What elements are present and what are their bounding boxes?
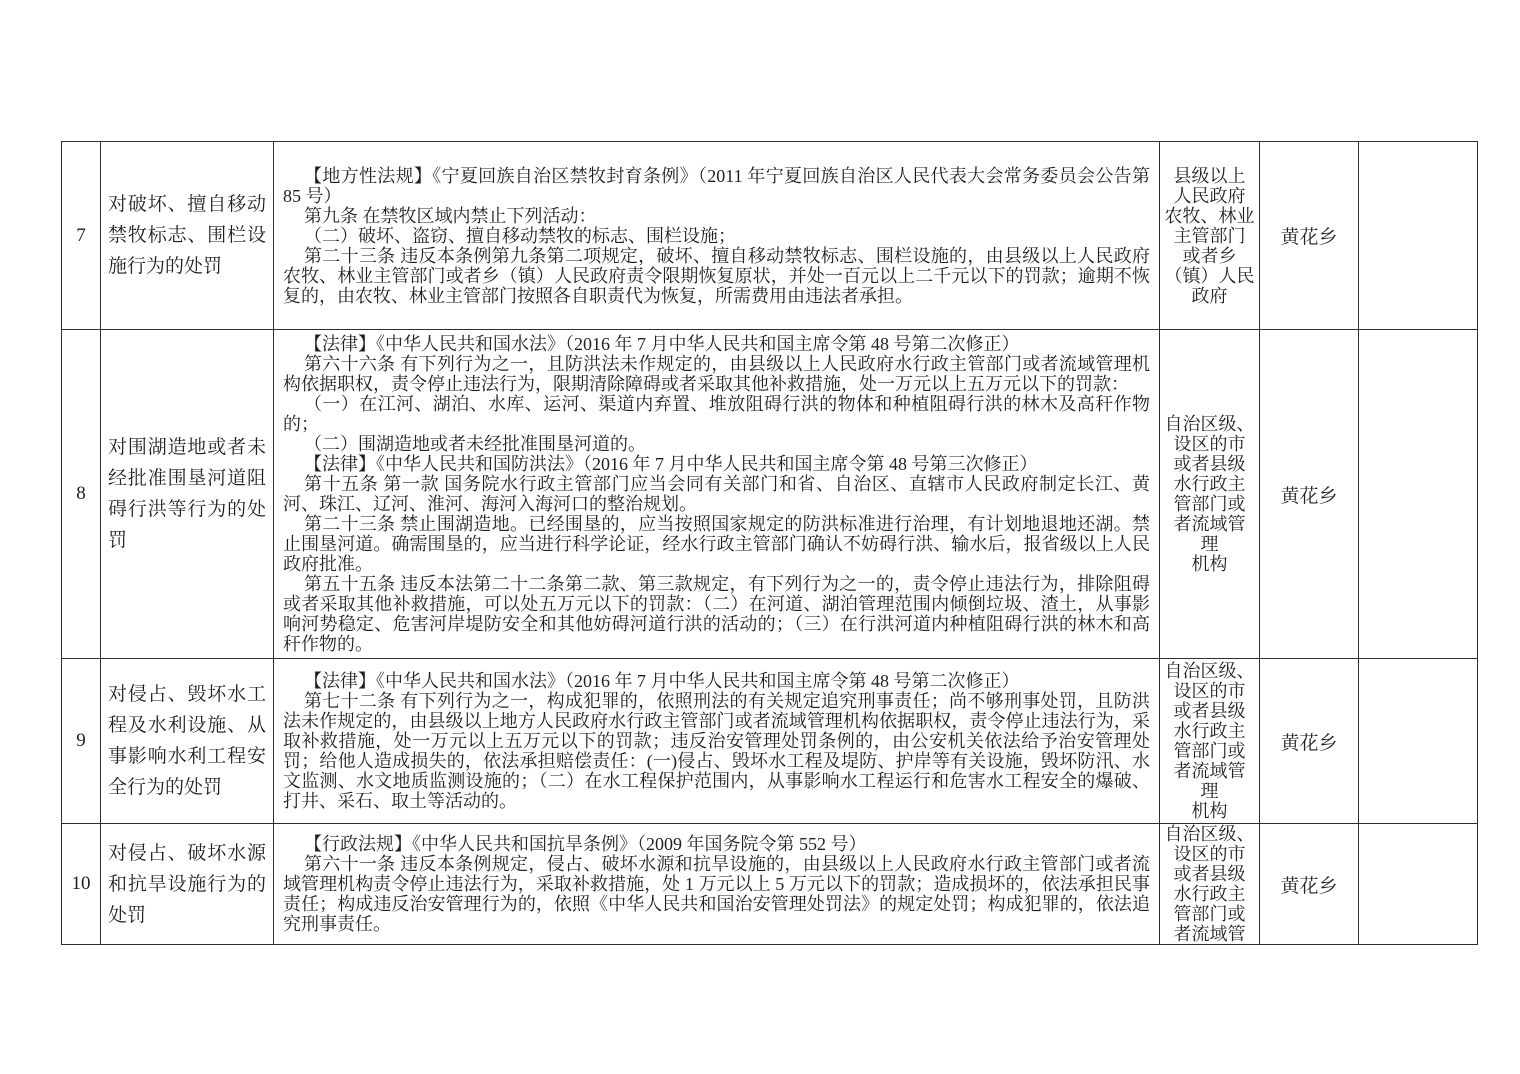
row-number: 9: [62, 659, 101, 824]
table-body: 7对破坏、擅自移动禁牧标志、围栏设施行为的处罚【地方性法规】《宁夏回族自治区禁牧…: [62, 142, 1478, 945]
table-sheet: 7对破坏、擅自移动禁牧标志、围栏设施行为的处罚【地方性法规】《宁夏回族自治区禁牧…: [61, 141, 1478, 945]
township-name: 黄花乡: [1260, 330, 1359, 659]
row-number: 8: [62, 330, 101, 659]
implementing-authority: 自治区级、 设区的市 或者县级 水行政主 管部门或 者流域管: [1160, 824, 1260, 945]
legal-paragraph: 【行政法规】《中华人民共和国抗旱条例》（2009 年国务院令第 552 号）: [283, 834, 1150, 854]
township-name: 黄花乡: [1260, 142, 1359, 330]
legal-basis-cell: 【地方性法规】《宁夏回族自治区禁牧封育条例》（2011 年宁夏回族自治区人民代表…: [274, 142, 1160, 330]
legal-paragraph: （二）破坏、盗窃、擅自移动禁牧的标志、围栏设施；: [283, 226, 1150, 246]
legal-basis-cell: 【行政法规】《中华人民共和国抗旱条例》（2009 年国务院令第 552 号）第六…: [274, 824, 1160, 945]
legal-paragraph: 【法律】《中华人民共和国水法》（2016 年 7 月中华人民共和国主席令第 48…: [283, 671, 1150, 691]
penalty-items-table: 7对破坏、擅自移动禁牧标志、围栏设施行为的处罚【地方性法规】《宁夏回族自治区禁牧…: [61, 141, 1478, 945]
legal-basis-cell: 【法律】《中华人民共和国水法》（2016 年 7 月中华人民共和国主席令第 48…: [274, 330, 1160, 659]
township-name: 黄花乡: [1260, 824, 1359, 945]
table-row: 9对侵占、毁坏水工程及水利设施、从事影响水利工程安全行为的处罚【法律】《中华人民…: [62, 659, 1478, 824]
row-number: 10: [62, 824, 101, 945]
township-name: 黄花乡: [1260, 659, 1359, 824]
penalty-item-name: 对破坏、擅自移动禁牧标志、围栏设施行为的处罚: [101, 142, 274, 330]
remark-cell: [1359, 659, 1478, 824]
legal-paragraph: 【法律】《中华人民共和国防洪法》（2016 年 7 月中华人民共和国主席令第 4…: [283, 454, 1150, 474]
legal-paragraph: 第五十五条 违反本法第二十二条第二款、第三款规定，有下列行为之一的，责令停止违法…: [283, 574, 1150, 654]
table-row: 10对侵占、破坏水源和抗旱设施行为的处罚【行政法规】《中华人民共和国抗旱条例》（…: [62, 824, 1478, 945]
implementing-authority: 自治区级、 设区的市 或者县级 水行政主 管部门或 者流域管 理 机构: [1160, 330, 1260, 659]
remark-cell: [1359, 142, 1478, 330]
table-row: 7对破坏、擅自移动禁牧标志、围栏设施行为的处罚【地方性法规】《宁夏回族自治区禁牧…: [62, 142, 1478, 330]
implementing-authority: 县级以上 人民政府 农牧、林业 主管部门 或者乡 （镇）人民 政府: [1160, 142, 1260, 330]
document-page: { "page": { "background": "#ffffff", "te…: [0, 0, 1520, 1074]
legal-paragraph: 第十五条 第一款 国务院水行政主管部门应当会同有关部门和省、自治区、直辖市人民政…: [283, 474, 1150, 514]
penalty-item-name: 对围湖造地或者未经批准围垦河道阻碍行洪等行为的处罚: [101, 330, 274, 659]
implementing-authority: 自治区级、 设区的市 或者县级 水行政主 管部门或 者流域管 理 机构: [1160, 659, 1260, 824]
legal-paragraph: 【法律】《中华人民共和国水法》（2016 年 7 月中华人民共和国主席令第 48…: [283, 334, 1150, 354]
legal-paragraph: 第六十六条 有下列行为之一，且防洪法未作规定的，由县级以上人民政府水行政主管部门…: [283, 354, 1150, 394]
remark-cell: [1359, 330, 1478, 659]
legal-paragraph: 【地方性法规】《宁夏回族自治区禁牧封育条例》（2011 年宁夏回族自治区人民代表…: [283, 166, 1150, 206]
legal-paragraph: 第六十一条 违反本条例规定，侵占、破坏水源和抗旱设施的，由县级以上人民政府水行政…: [283, 854, 1150, 934]
legal-paragraph: 第二十三条 禁止围湖造地。已经围垦的，应当按照国家规定的防洪标准进行治理，有计划…: [283, 514, 1150, 574]
penalty-item-name: 对侵占、破坏水源和抗旱设施行为的处罚: [101, 824, 274, 945]
remark-cell: [1359, 824, 1478, 945]
legal-paragraph: （二）围湖造地或者未经批准围垦河道的。: [283, 434, 1150, 454]
legal-basis-cell: 【法律】《中华人民共和国水法》（2016 年 7 月中华人民共和国主席令第 48…: [274, 659, 1160, 824]
legal-paragraph: 第九条 在禁牧区域内禁止下列活动：: [283, 206, 1150, 226]
legal-paragraph: （一）在江河、湖泊、水库、运河、渠道内弃置、堆放阻碍行洪的物体和种植阻碍行洪的林…: [283, 394, 1150, 434]
legal-paragraph: 第七十二条 有下列行为之一，构成犯罪的，依照刑法的有关规定追究刑事责任；尚不够刑…: [283, 691, 1150, 811]
penalty-item-name: 对侵占、毁坏水工程及水利设施、从事影响水利工程安全行为的处罚: [101, 659, 274, 824]
table-row: 8对围湖造地或者未经批准围垦河道阻碍行洪等行为的处罚【法律】《中华人民共和国水法…: [62, 330, 1478, 659]
row-number: 7: [62, 142, 101, 330]
legal-paragraph: 第二十三条 违反本条例第九条第二项规定，破坏、擅自移动禁牧标志、围栏设施的，由县…: [283, 246, 1150, 306]
